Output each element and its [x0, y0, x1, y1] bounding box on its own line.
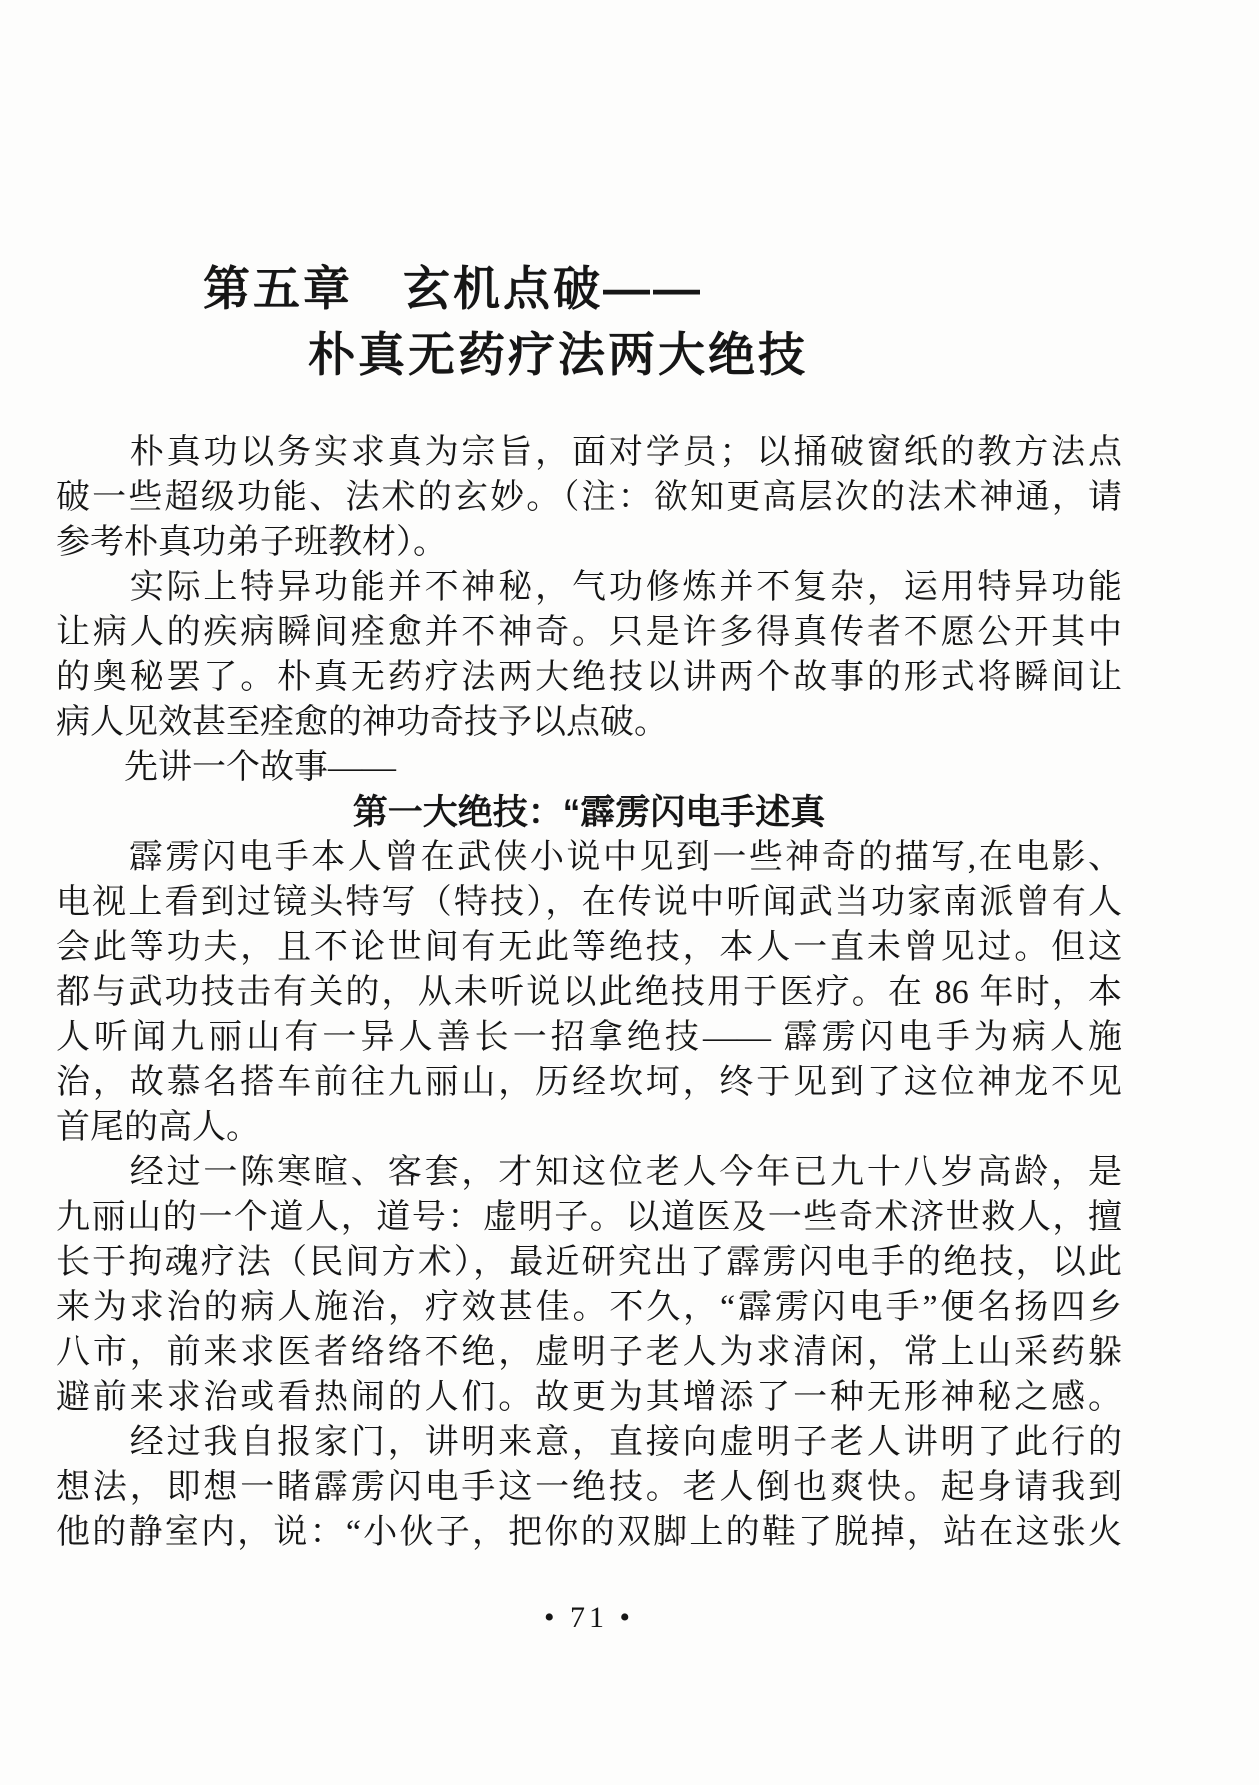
- text-line: 霹雳闪电手本人曾在武侠小说中见到一些神奇的描写,在电影、: [56, 835, 1122, 880]
- text-line: 他的静室内，说：“小伙子，把你的双脚上的鞋了脱掉，站在这张火: [56, 1510, 1122, 1555]
- text-line: 经过一陈寒暄、客套，才知这位老人今年已九十八岁高龄，是: [56, 1150, 1122, 1195]
- text-line: 经过我自报家门，讲明来意，直接向虚明子老人讲明了此行的: [56, 1420, 1122, 1465]
- page-number: • 71 •: [56, 1601, 1122, 1635]
- body-lines: 朴真功以务实求真为宗旨，面对学员；以捅破窗纸的教方法点破一些超级功能、法术的玄妙…: [56, 430, 1122, 1555]
- text-line: 都与武功技击有关的，从未听说以此绝技用于医疗。在 86 年时，本: [56, 970, 1122, 1015]
- text-line: 的奥秘罢了。朴真无药疗法两大绝技以讲两个故事的形式将瞬间让: [56, 655, 1122, 700]
- chapter-title-line-2: 朴真无药疗法两大绝技: [308, 322, 1259, 388]
- text-line: 先讲一个故事——: [56, 745, 1122, 790]
- chapter-title-line-1: 第五章 玄机点破——: [203, 256, 1259, 322]
- text-line: 长于拘魂疗法（民间方术），最近研究出了霹雳闪电手的绝技，以此: [56, 1240, 1122, 1285]
- text-line: 病人见效甚至痊愈的神功奇技予以点破。: [56, 700, 1122, 745]
- text-line: 让病人的疾病瞬间痊愈并不神奇。只是许多得真传者不愿公开其中: [56, 610, 1122, 655]
- text-line: 电视上看到过镜头特写（特技），在传说中听闻武当功家南派曾有人: [56, 880, 1122, 925]
- text-line: 破一些超级功能、法术的玄妙。（注：欲知更高层次的法术神通，请: [56, 475, 1122, 520]
- text-line: 治，故慕名搭车前往九丽山，历经坎坷，终于见到了这位神龙不见: [56, 1060, 1122, 1105]
- text-line: 想法，即想一睹霹雳闪电手这一绝技。老人倒也爽快。起身请我到: [56, 1465, 1122, 1510]
- text-line: 会此等功夫，且不论世间有无此等绝技，本人一直未曾见过。但这: [56, 925, 1122, 970]
- text-line: 参考朴真功弟子班教材）。: [56, 520, 1122, 565]
- text-line: 人听闻九丽山有一异人善长一招拿绝技—— 霹雳闪电手为病人施: [56, 1015, 1122, 1060]
- chapter-title: 第五章 玄机点破—— 朴真无药疗法两大绝技: [0, 0, 1259, 388]
- text-line: 朴真功以务实求真为宗旨，面对学员；以捅破窗纸的教方法点: [56, 430, 1122, 475]
- book-page: 第五章 玄机点破—— 朴真无药疗法两大绝技 朴真功以务实求真为宗旨，面对学员；以…: [0, 0, 1259, 1785]
- text-line: 九丽山的一个道人，道号：虚明子。以道医及一些奇术济世救人，擅: [56, 1195, 1122, 1240]
- text-line: 八市，前来求医者络络不绝，虚明子老人为求清闲，常上山采药躲: [56, 1330, 1122, 1375]
- text-line: 首尾的高人。: [56, 1105, 1122, 1150]
- text-line: 来为求治的病人施治，疗效甚佳。不久，“霹雳闪电手”便名扬四乡: [56, 1285, 1122, 1330]
- text-line: 避前来求治或看热闹的人们。故更为其增添了一种无形神秘之感。: [56, 1375, 1122, 1420]
- section-subtitle: 第一大绝技：“霹雳闪电手述真: [56, 790, 1122, 835]
- text-line: 实际上特异功能并不神秘，气功修炼并不复杂，运用特异功能: [56, 565, 1122, 610]
